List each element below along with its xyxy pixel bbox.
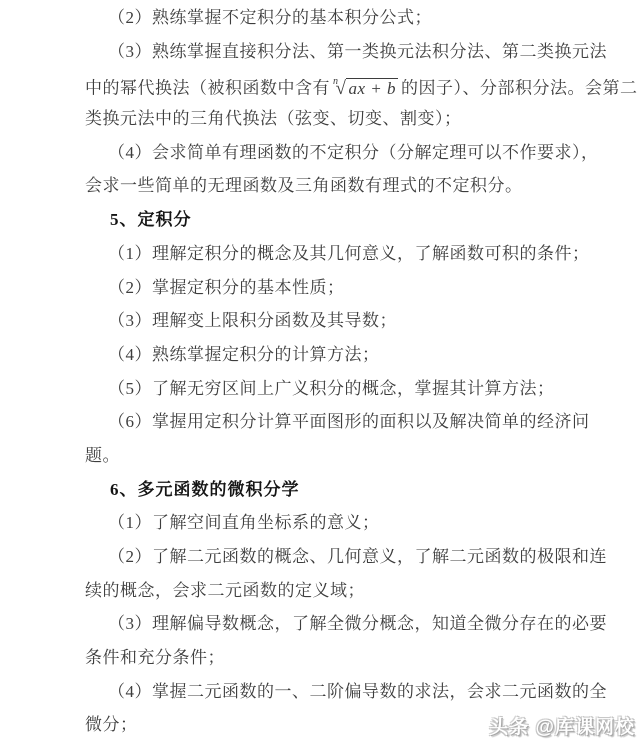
text-line: （3）理解偏导数概念，了解全微分概念，知道全微分存在的必要 bbox=[85, 607, 598, 641]
section-heading: 6、多元函数的微积分学 bbox=[85, 473, 598, 507]
text-run: （3）理解偏导数概念，了解全微分概念，知道全微分存在的必要 bbox=[108, 614, 607, 633]
text-line: （3）熟练掌握直接积分法、第一类换元法积分法、第二类换元法 bbox=[85, 35, 598, 69]
text-line: （4）掌握二元函数的一、二阶偏导数的求法，会求二元函数的全 bbox=[85, 675, 598, 709]
text-line: 中的幂代换法（被积函数中含有n√ax + b的因子）、分部积分法。会第二 bbox=[85, 68, 598, 102]
text-run: 中的幂代换法（被积函数中含有 bbox=[85, 79, 330, 98]
text-run: （1）了解空间直角坐标系的意义； bbox=[108, 513, 380, 532]
text-run: 微分； bbox=[85, 715, 138, 734]
text-run: 6、多元函数的微积分学 bbox=[110, 480, 300, 499]
text-line: （6）掌握用定积分计算平面图形的面积以及解决简单的经济问 bbox=[85, 405, 598, 439]
text-run: 会求一些简单的无理函数及三角函数有理式的不定积分。 bbox=[85, 176, 523, 195]
text-line: （2）熟练掌握不定积分的基本积分公式； bbox=[85, 1, 598, 35]
text-line: 条件和充分条件； bbox=[85, 641, 598, 675]
text-line: （2）了解二元函数的概念、几何意义，了解二元函数的极限和连 bbox=[85, 540, 598, 574]
text-run: （4）掌握二元函数的一、二阶偏导数的求法，会求二元函数的全 bbox=[108, 682, 607, 701]
toutiao-watermark: 头条 @库课网校 bbox=[489, 712, 635, 739]
text-line: （2）掌握定积分的基本性质； bbox=[85, 271, 598, 305]
text-run: （4）熟练掌握定积分的计算方法； bbox=[108, 345, 380, 364]
text-line: 题。 bbox=[85, 439, 598, 473]
text-run: 5、定积分 bbox=[110, 210, 192, 229]
text-line: （4）熟练掌握定积分的计算方法； bbox=[85, 338, 598, 372]
text-run: （3）理解变上限积分函数及其导数； bbox=[108, 311, 397, 330]
text-line: 类换元法中的三角代换法（弦变、切变、割变）； bbox=[85, 102, 598, 136]
text-run: （2）掌握定积分的基本性质； bbox=[108, 278, 345, 297]
radicand: ax + b bbox=[346, 78, 398, 98]
text-line: 续的概念，会求二元函数的定义域； bbox=[85, 574, 598, 608]
text-line: 会求一些简单的无理函数及三角函数有理式的不定积分。 bbox=[85, 169, 598, 203]
text-run: （3）熟练掌握直接积分法、第一类换元法积分法、第二类换元法 bbox=[108, 42, 607, 61]
text-line: （4）会求简单有理函数的不定积分（分解定理可以不作要求）， bbox=[85, 136, 598, 170]
nth-root-formula: n√ax + b bbox=[333, 79, 398, 98]
text-run: 续的概念，会求二元函数的定义域； bbox=[85, 581, 365, 600]
text-line: （1）理解定积分的概念及其几何意义，了解函数可积的条件； bbox=[85, 237, 598, 271]
root-index: n bbox=[333, 76, 339, 87]
text-run: （5）了解无穷区间上广义积分的概念，掌握其计算方法； bbox=[108, 379, 555, 398]
text-run: （1）理解定积分的概念及其几何意义，了解函数可积的条件； bbox=[108, 244, 590, 263]
text-run: 的因子）、分部积分法。会第二 bbox=[401, 79, 638, 98]
text-run: （2）了解二元函数的概念、几何意义，了解二元函数的极限和连 bbox=[108, 547, 607, 566]
text-run: 条件和充分条件； bbox=[85, 648, 225, 667]
text-run: （6）掌握用定积分计算平面图形的面积以及解决简单的经济问 bbox=[108, 412, 590, 431]
text-run: （4）会求简单有理函数的不定积分（分解定理可以不作要求）， bbox=[108, 143, 599, 162]
text-line: （1）了解空间直角坐标系的意义； bbox=[85, 506, 598, 540]
section-heading: 5、定积分 bbox=[85, 203, 598, 237]
text-run: 类换元法中的三角代换法（弦变、切变、割变）； bbox=[85, 109, 462, 128]
text-run: 题。 bbox=[85, 446, 120, 465]
text-run: （2）熟练掌握不定积分的基本积分公式； bbox=[108, 8, 432, 27]
document-body: （2）熟练掌握不定积分的基本积分公式；（3）熟练掌握直接积分法、第一类换元法积分… bbox=[85, 1, 598, 742]
text-line: （5）了解无穷区间上广义积分的概念，掌握其计算方法； bbox=[85, 372, 598, 406]
text-line: （3）理解变上限积分函数及其导数； bbox=[85, 304, 598, 338]
